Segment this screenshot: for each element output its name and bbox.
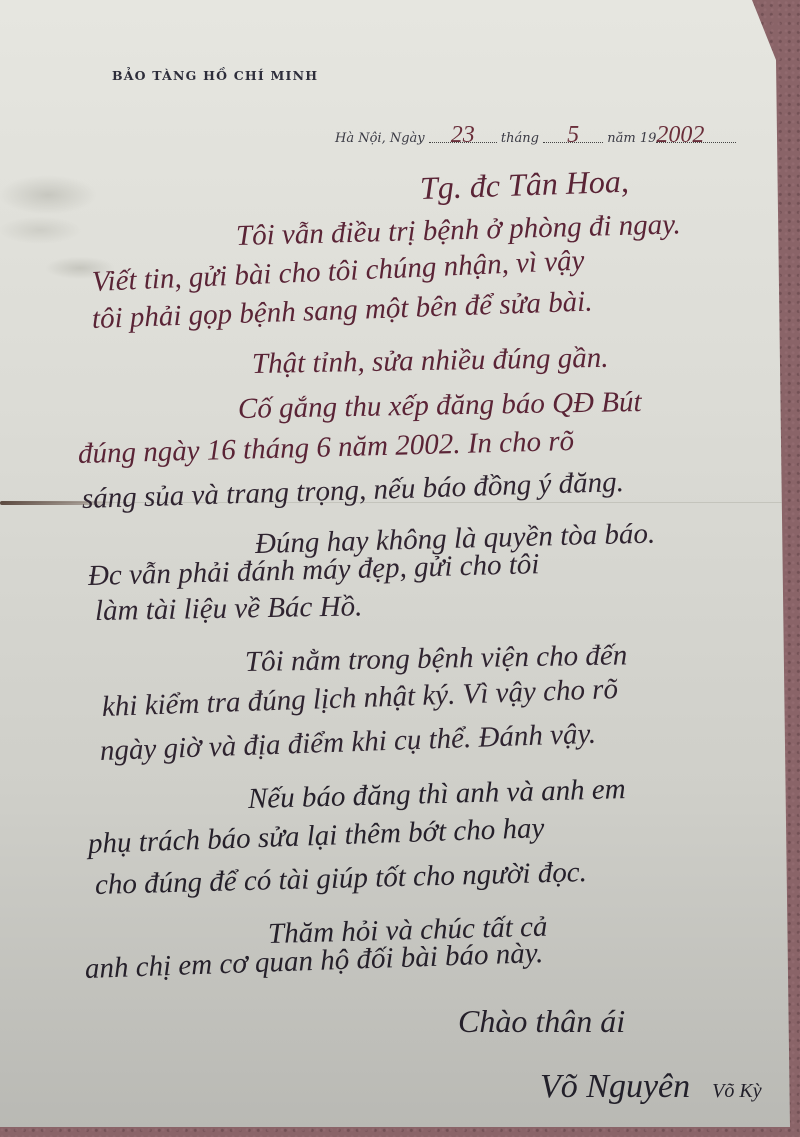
- body-line: đúng ngày 16 tháng 6 năm 2002. In cho rõ: [78, 427, 575, 469]
- date-year: 2002: [656, 128, 736, 143]
- body-line: Thật tỉnh, sửa nhiều đúng gần.: [252, 344, 609, 379]
- dateline: Hà Nội, Ngày 23 tháng 5 năm 192002: [335, 128, 775, 146]
- body-line: ngày giờ và địa điểm khi cụ thể. Đánh vậ…: [99, 720, 596, 766]
- body-line: cho đúng để có tài giúp tốt cho người đọ…: [95, 858, 588, 900]
- dateline-year-label: năm 19: [607, 131, 656, 146]
- body-line: Nếu báo đăng thì anh và anh em: [248, 775, 626, 814]
- body-line: phụ trách báo sửa lại thêm bớt cho hay: [87, 814, 544, 859]
- dateline-place: Hà Nội, Ngày: [335, 131, 425, 146]
- salutation: Tg. đc Tân Hoa,: [419, 165, 629, 204]
- signature-name: Võ Kỳ: [712, 1080, 761, 1102]
- closing: Chào thân ái: [458, 1005, 625, 1037]
- date-month: 5: [543, 128, 603, 143]
- body-line: Tôi nằm trong bệnh viện cho đến: [245, 641, 628, 677]
- letter-paper: BẢO TÀNG HỒ CHÍ MINH Hà Nội, Ngày 23 thá…: [0, 0, 792, 1128]
- body-line: làm tài liệu về Bác Hồ.: [95, 592, 363, 626]
- body-line: sáng sủa và trang trọng, nếu báo đồng ý …: [82, 468, 625, 514]
- letterhead: BẢO TÀNG HỒ CHÍ MINH: [112, 68, 318, 83]
- body-line: khi kiểm tra đúng lịch nhật ký. Vì vậy c…: [101, 675, 618, 722]
- body-line: Tôi vẫn điều trị bệnh ở phòng đi ngay.: [236, 210, 681, 251]
- body-line: Đc vẫn phải đánh máy đẹp, gửi cho tôi: [88, 550, 540, 591]
- signature-scrawl: Võ Nguyên: [540, 1068, 690, 1105]
- body-line: anh chị em cơ quan hộ đối bài báo này.: [84, 939, 543, 984]
- dateline-month-label: tháng: [501, 131, 539, 146]
- date-day: 23: [429, 128, 497, 143]
- body-line: Cố gắng thu xếp đăng báo QĐ Bút: [238, 388, 642, 424]
- signature: Võ NguyênVõ Kỳ: [540, 1068, 762, 1106]
